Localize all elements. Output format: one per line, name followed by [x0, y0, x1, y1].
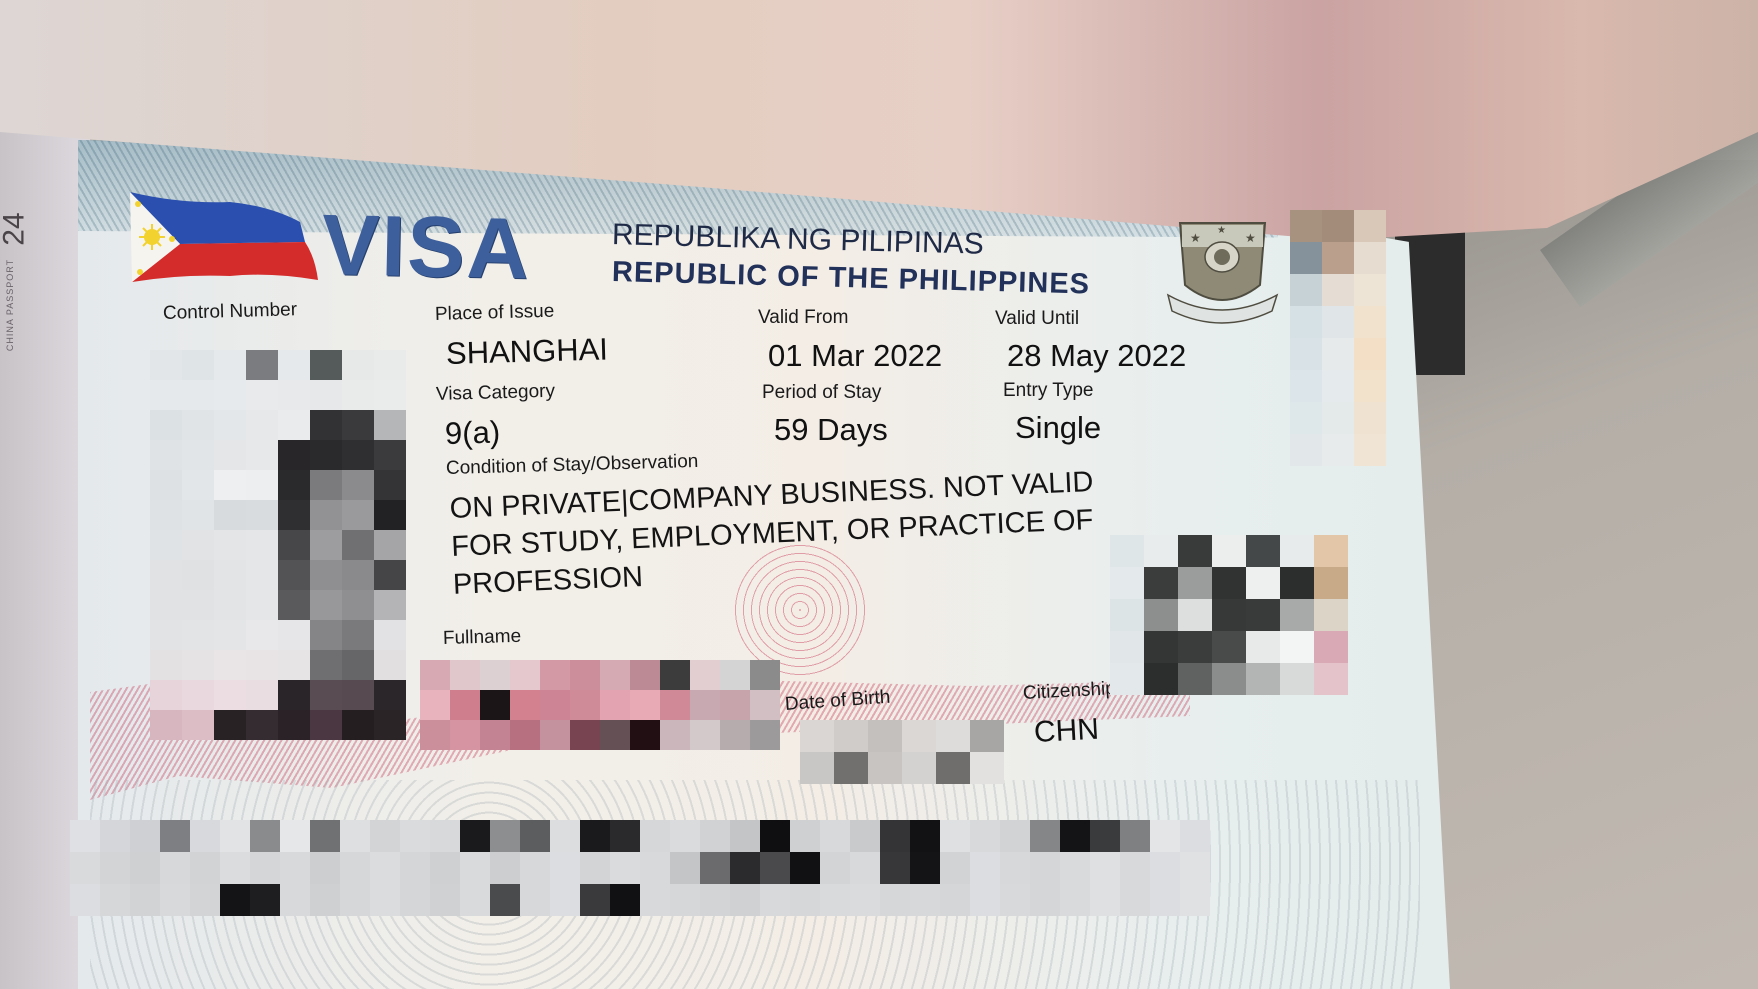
visa-title: VISA — [321, 196, 532, 299]
control-number-label: Control Number — [163, 299, 298, 325]
visa-category-value: 9(a) — [444, 414, 500, 452]
svg-text:★: ★ — [1217, 225, 1226, 236]
passport-page-marker: 24 CHINA PASSPORT — [6, 200, 46, 370]
dob-redaction — [800, 720, 1004, 784]
period-of-stay-value: 59 Days — [774, 412, 888, 448]
valid-until-value: 28 May 2022 — [1007, 338, 1186, 374]
period-of-stay-label: Period of Stay — [762, 382, 881, 404]
philippine-flag-icon — [120, 192, 320, 284]
visa-category-label: Visa Category — [436, 381, 556, 406]
mrz-redaction — [70, 820, 1210, 916]
passport-issuer-text: CHINA PASSPORT — [5, 259, 15, 351]
right-edge-redaction — [1290, 210, 1386, 466]
coat-of-arms-seal-icon: ★ ★ ★ — [1160, 215, 1285, 330]
fullname-redaction — [420, 660, 780, 750]
citizenship-value: CHN — [1033, 713, 1100, 750]
valid-until-label: Valid Until — [995, 308, 1079, 330]
page-number: 24 — [0, 212, 32, 245]
entry-type-label: Entry Type — [1003, 380, 1093, 402]
valid-from-value: 01 Mar 2022 — [768, 338, 942, 374]
valid-from-label: Valid From — [758, 307, 848, 329]
qr-code-redaction — [1110, 535, 1348, 695]
place-of-issue-value: SHANGHAI — [445, 331, 608, 372]
svg-text:★: ★ — [1245, 231, 1256, 245]
entry-type-value: Single — [1015, 410, 1101, 446]
place-of-issue-label: Place of Issue — [435, 301, 555, 326]
fullname-label: Fullname — [443, 626, 522, 650]
photo-redaction — [150, 350, 406, 740]
svg-text:★: ★ — [1190, 231, 1201, 245]
